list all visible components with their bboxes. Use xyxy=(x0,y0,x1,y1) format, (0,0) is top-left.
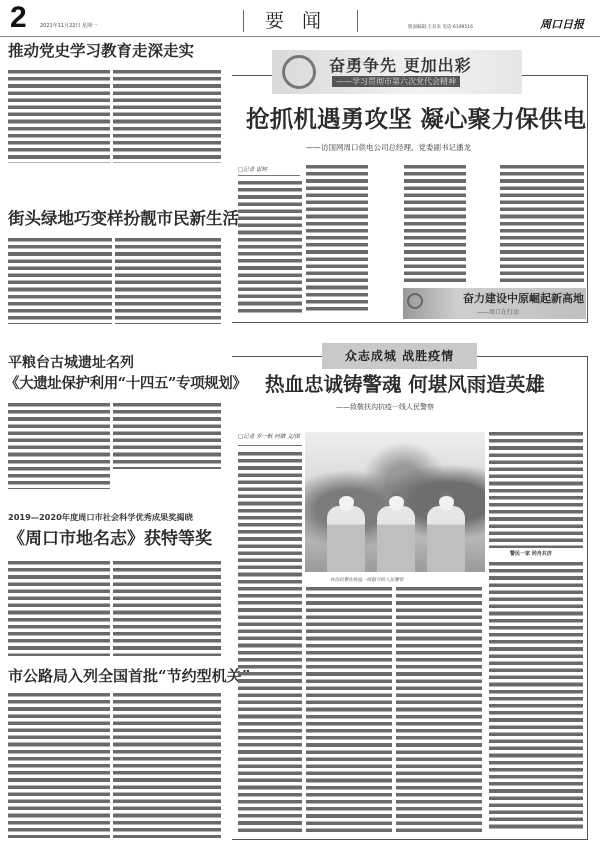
article-body: 本报讯（记者 井小峥）11月18日，国家文物局公布了《大遗址保护利用“十四五”专… xyxy=(8,403,110,489)
masthead-divider xyxy=(357,10,358,32)
feature-byline: □记者 雷树 xyxy=(238,165,267,173)
banner-title: 奋力建设中原崛起新高地 xyxy=(463,290,584,306)
photo-caption: 扶沟民警在抗疫一线值守的人民警察 xyxy=(330,577,404,583)
epidemic-body-col4: 防疫要求，他们必须每天都进行隔离，不能出去、不能出户，每天在固定的时间测量体温，… xyxy=(489,432,583,548)
epidemic-body-col5: “这是家里最需要我的时候，正是关键的时候，我必须坚守”民警说道。 王先生被口中“… xyxy=(489,562,583,832)
epidemic-body-col2: 11月16日下午，记者在卡点看到，民警们正在认真排查过往车辆，防疫工作有条不紊地… xyxy=(306,587,392,832)
masthead-divider xyxy=(243,10,244,32)
article-kicker: 2019—2020年度周口市社会科学优秀成果奖揭晓 xyxy=(8,513,193,522)
feature-headline: 抢抓机遇勇攻坚 凝心聚力保供电 xyxy=(246,107,586,133)
epidemic-subheadline: ——致敬扶沟抗疫一线人民警察 xyxy=(336,404,434,412)
campaign-banner: 奋勇争先 更加出彩 ——学习贯彻市第六次党代会精神 xyxy=(272,50,522,94)
police-salute-photo xyxy=(305,432,485,572)
article-headline: 市公路局入列全国首批“节约型机关” xyxy=(8,668,250,685)
epidemic-headline: 热血忠诚铸警魂 何堪风雨造英雄 xyxy=(265,374,545,395)
article-body: 该遗址，见证了中华文明起源，具有重要的历史、科学和艺术价值，对于研究中国古代城市… xyxy=(113,403,221,469)
article-body: 负责人介绍，今年以来新建游园绿地20余处，新增绿地面积1390平方米，为市民提供… xyxy=(115,238,221,324)
feature-subheadline: ——访国网周口供电公司总经理、党委副书记潘龙 xyxy=(306,144,471,152)
article-headline: 《周口市地名志》获特等奖 xyxy=(8,530,212,549)
masthead: 2 2021年11月22日 星期一 要闻 版面编辑:王双来 电话:6199516… xyxy=(0,0,600,37)
epidemic-banner: 众志成城 战胜疫情 xyxy=(322,343,477,369)
issue-date: 2021年11月22日 星期一 xyxy=(40,22,97,29)
officer-figure xyxy=(377,506,415,572)
epidemic-body-col3: 截至11月18日，扶沟县公安民警已累计排查各类人员数万人次，为疫情防控作出了重要… xyxy=(396,587,482,832)
section-name: 要闻 xyxy=(265,6,339,33)
article-body: 下一步，市公路局将认真研究落实，持续巩固创建成果，推进节约型机关建设。 xyxy=(113,693,221,838)
central-plains-banner: 奋力建设中原崛起新高地 ——周口在行动 xyxy=(403,288,586,319)
feature-body-col3: 主动作为优服务，电网公司持续深化‘放管服’改革，将电费缴纳、电力报装等事项纳入一… xyxy=(404,165,466,283)
page-number: 2 xyxy=(10,2,27,34)
article-headline-line1: 平粮台古城遗址名列 xyxy=(8,356,134,371)
article-body: 王少青要求，要抓好学习十九届六中全会精神的宣传贯彻，扎实开展党史学习教育，切实提… xyxy=(113,70,221,163)
article-body: 本报讯（记者 唐娜）11月18日，记者获悉，在日前公布的2019—2020年度周… xyxy=(8,561,110,656)
epidemic-body-col1: 这是一场攸关生死的大战，这是一场同心协力的大考。在扶沟疫情发生后，扶沟县公安民警… xyxy=(238,452,302,832)
officer-figure xyxy=(427,506,465,572)
feature-body-col2: 聚焦保障电网建设，确保电力供应。国网周口供电公司今年累计完成电网投资19亿元，加… xyxy=(306,165,368,313)
epidemic-byline: □记者 乔一帆 何婧 文/图 xyxy=(238,432,300,440)
party-emblem-icon xyxy=(407,293,423,309)
newspaper-logo: 周口日报 xyxy=(540,16,584,32)
article-body: 周口市民政局地名科科长高红丽介绍，《周口市地名志》的编辑出版，填补了周口市地名志… xyxy=(113,561,221,656)
party-emblem-icon xyxy=(282,55,316,89)
banner-subtitle: ——周口在行动 xyxy=(477,307,519,316)
article-headline-line2: 《大遗址保护利用“十四五”专项规划》 xyxy=(5,376,246,392)
byline-rule xyxy=(238,175,300,176)
feature-body-col1: “市五次党代会报告为我市今后五年的奋斗目标，明确了未来五年的工作主线和工作抓手，… xyxy=(238,181,302,313)
article-headline: 街头绿地巧变样扮靓市民新生活 xyxy=(8,210,239,228)
banner-title: 奋勇争先 更加出彩 xyxy=(329,53,472,76)
editor-info: 版面编辑:王双来 电话:6199516 xyxy=(408,24,473,30)
article-body: 本报讯（记者 张丰）背街小巷绿化提升，对于市民生活环境的改善至关重要。行人穿梭在… xyxy=(8,238,112,324)
feature-body-col4: 力争实现农网工程率100%，可靠供电能力再提升，同时加快推进电力服务智能化建设。… xyxy=(500,165,584,283)
epidemic-subhead: 警民一家 同舟共济 xyxy=(510,552,552,558)
banner-subtitle: ——学习贯彻市第六次党代会精神 xyxy=(332,76,460,87)
byline-rule xyxy=(238,445,302,446)
article-headline: 推动党史学习教育走深走实 xyxy=(8,42,194,59)
officer-figure xyxy=(327,506,365,572)
article-body: 本报讯（记者 王真真）日前，国家机关事务管理局、中共中央直属机关事务管理局、国家… xyxy=(8,693,110,838)
article-body: 本报讯（记者 史体）11月19日下午，市委常委、宣传部长王少青深入市市场监督管理… xyxy=(8,70,110,163)
